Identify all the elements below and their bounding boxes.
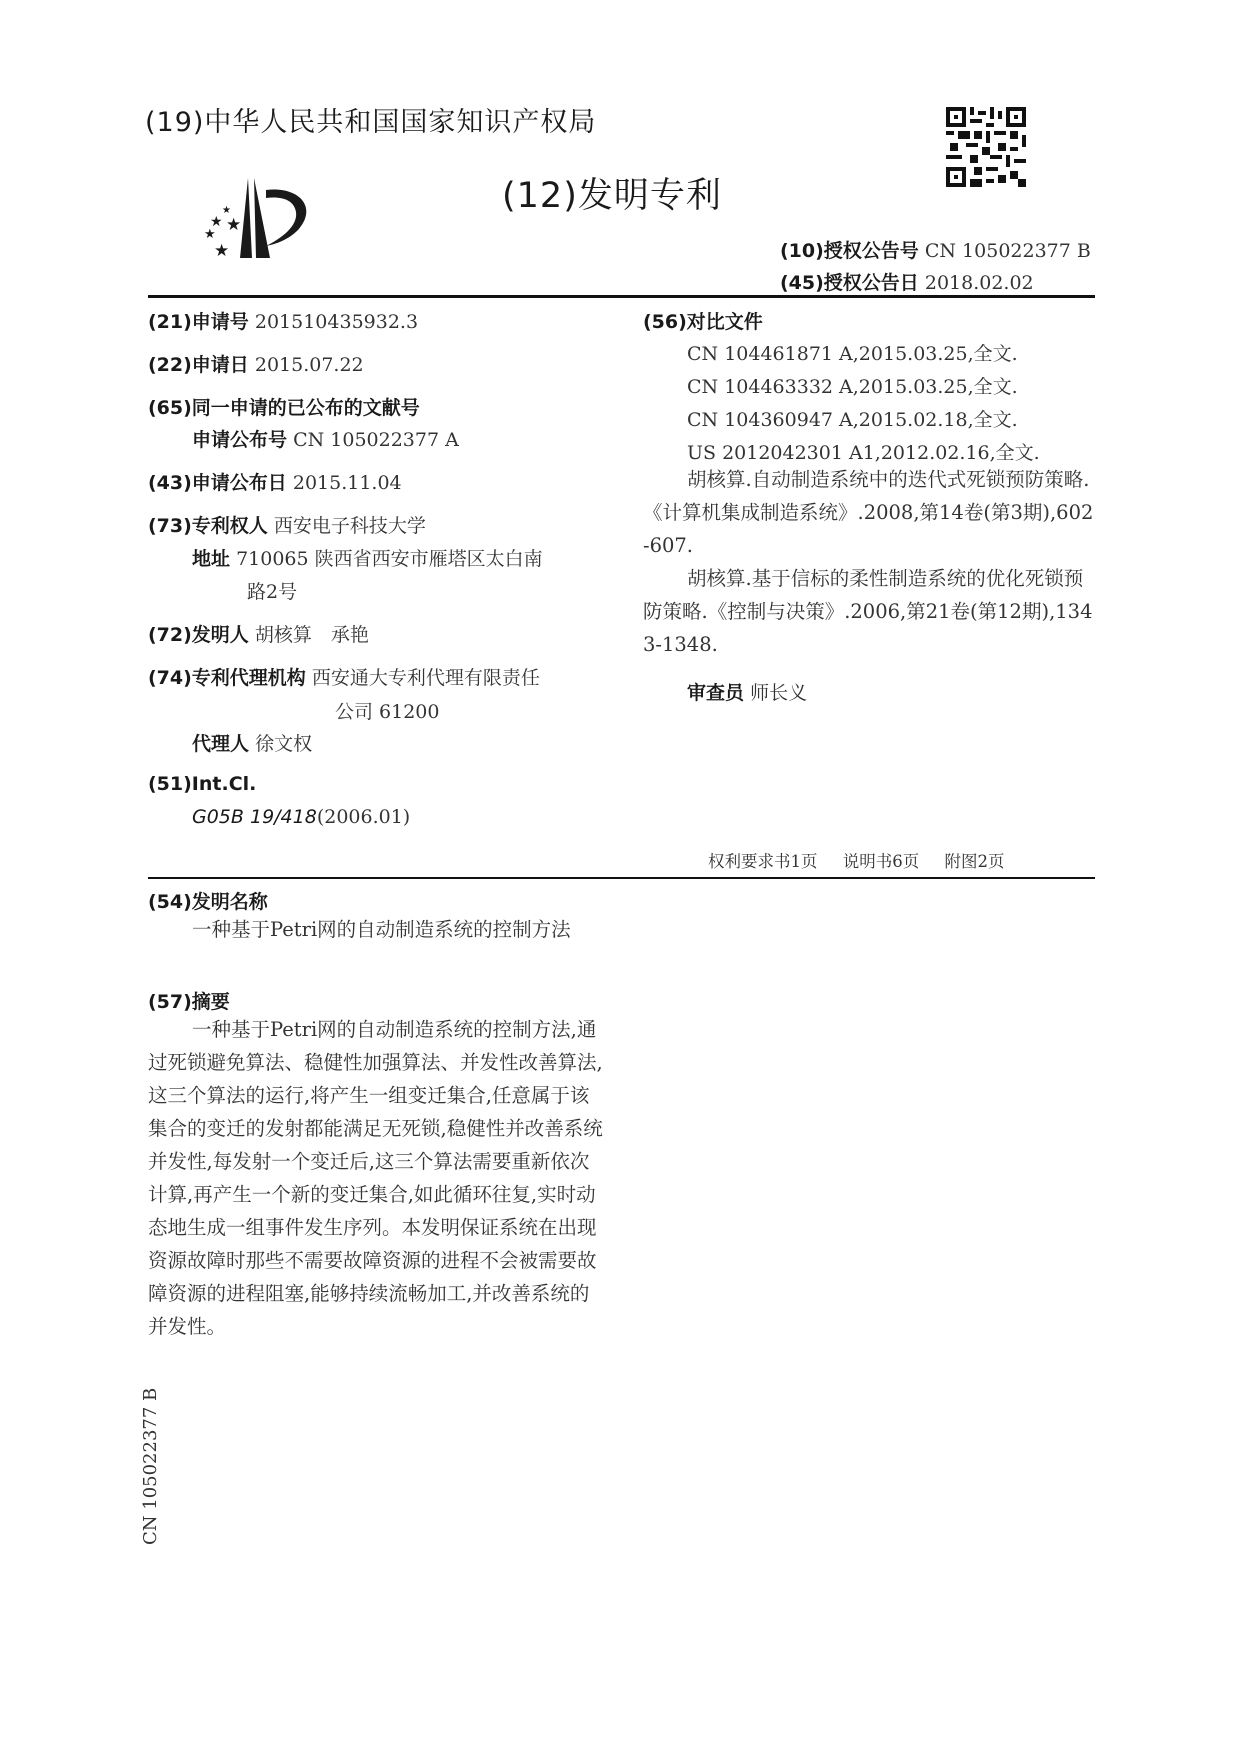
grant-pub-date-label: (45)授权公告日 [780,272,919,294]
patent-agency: (74)专利代理机构 西安通大专利代理有限责任 [148,663,540,690]
application-date: (22)申请日 2015.07.22 [148,350,364,377]
reference-item: CN 104461871 A,2015.03.25,全文. [687,339,1018,366]
ipc-label: (51)Int.Cl. [148,773,256,795]
grant-pub-number-label: (10)授权公告号 [780,240,919,262]
inventors: (72)发明人 胡核算 承艳 [148,620,369,647]
section-divider [148,877,1095,879]
patent-agency-label: (74)专利代理机构 [148,667,306,689]
examiner-value: 师长义 [750,682,807,704]
application-number-label: (21)申请号 [148,311,249,333]
agent-value: 徐文权 [255,733,312,755]
application-number: (21)申请号 201510435932.3 [148,307,418,334]
ipc-classification: G05B 19/418(2006.01) [192,806,410,828]
patent-agency-line-1: 西安通大专利代理有限责任 [312,667,540,689]
patent-agency-line-2: 公司 61200 [335,697,439,724]
ipc-code: G05B 19/418 [192,806,317,828]
grant-pub-date: (45)授权公告日 2018.02.02 [780,268,1034,295]
patentee-value: 西安电子科技大学 [274,515,426,537]
abstract-text: 一种基于Petri网的自动制造系统的控制方法,通过死锁避免算法、稳健性加强算法、… [148,1013,604,1343]
address-line-1: 710065 陕西省西安市雁塔区太白南 [236,548,543,570]
invention-title: 一种基于Petri网的自动制造系统的控制方法 [148,913,604,946]
patentee-label: (73)专利权人 [148,515,268,537]
invention-title-label: (54)发明名称 [148,891,268,913]
agent: 代理人 徐文权 [192,729,312,756]
page-counts: 权利要求书1页 说明书6页 附图2页 [708,848,1004,872]
reference-item: US 2012042301 A1,2012.02.16,全文. [687,438,1040,465]
reference-item: CN 104360947 A,2015.02.18,全文. [687,405,1018,432]
cnipa-logo-icon: ★ ★ ★ ★ ★ [200,168,320,263]
application-publication-number-label: 申请公布号 [192,429,287,451]
document-type: (12)发明专利 [502,168,722,218]
reference-literature-2: 胡核算.基于信标的柔性制造系统的优化死锁预防策略.《控制与决策》.2006,第2… [643,562,1098,661]
svg-text:★: ★ [214,241,229,261]
application-date-value: 2015.07.22 [255,354,364,376]
reference-literature-1: 胡核算.自动制造系统中的迭代式死锁预防策略.《计算机集成制造系统》.2008,第… [643,463,1098,562]
ipc-version: (2006.01) [317,806,410,828]
grant-pub-number: (10)授权公告号 CN 105022377 B [780,236,1091,263]
references-heading: (56)对比文件 [643,307,763,334]
application-number-value: 201510435932.3 [255,311,418,333]
reference-item: CN 104463332 A,2015.03.25,全文. [687,372,1018,399]
application-publication-date-value: 2015.11.04 [293,472,402,494]
svg-text:★: ★ [204,227,216,242]
inventors-label: (72)发明人 [148,624,249,646]
examiner-label: 审查员 [687,682,744,704]
prior-publication-heading: (65)同一申请的已公布的文献号 [148,393,420,420]
grant-pub-date-value: 2018.02.02 [925,272,1034,294]
prior-publication-label: (65)同一申请的已公布的文献号 [148,397,420,419]
invention-title-heading: (54)发明名称 [148,887,268,914]
application-publication-number-value: CN 105022377 A [293,429,459,451]
address-line-2: 路2号 [247,577,297,604]
address-label: 地址 [192,548,230,570]
application-publication-number: 申请公布号 CN 105022377 A [192,425,459,452]
ipc-heading: (51)Int.Cl. [148,773,256,795]
inventors-value: 胡核算 承艳 [255,624,369,646]
application-publication-date-label: (43)申请公布日 [148,472,287,494]
abstract-label: (57)摘要 [148,991,230,1013]
application-publication-date: (43)申请公布日 2015.11.04 [148,468,402,495]
qr-code-icon [946,107,1026,187]
issuing-office: (19)中华人民共和国国家知识产权局 [145,100,596,139]
references-label: (56)对比文件 [643,311,763,333]
svg-text:★: ★ [226,215,241,235]
application-date-label: (22)申请日 [148,354,249,376]
header-divider [148,295,1095,298]
abstract-heading: (57)摘要 [148,987,230,1014]
patentee: (73)专利权人 西安电子科技大学 [148,511,426,538]
side-publication-number: CN 105022377 B [140,1388,161,1545]
agent-label: 代理人 [192,733,249,755]
address: 地址 710065 陕西省西安市雁塔区太白南 [192,544,543,571]
grant-pub-number-value: CN 105022377 B [925,240,1091,262]
examiner: 审查员 师长义 [687,678,807,705]
